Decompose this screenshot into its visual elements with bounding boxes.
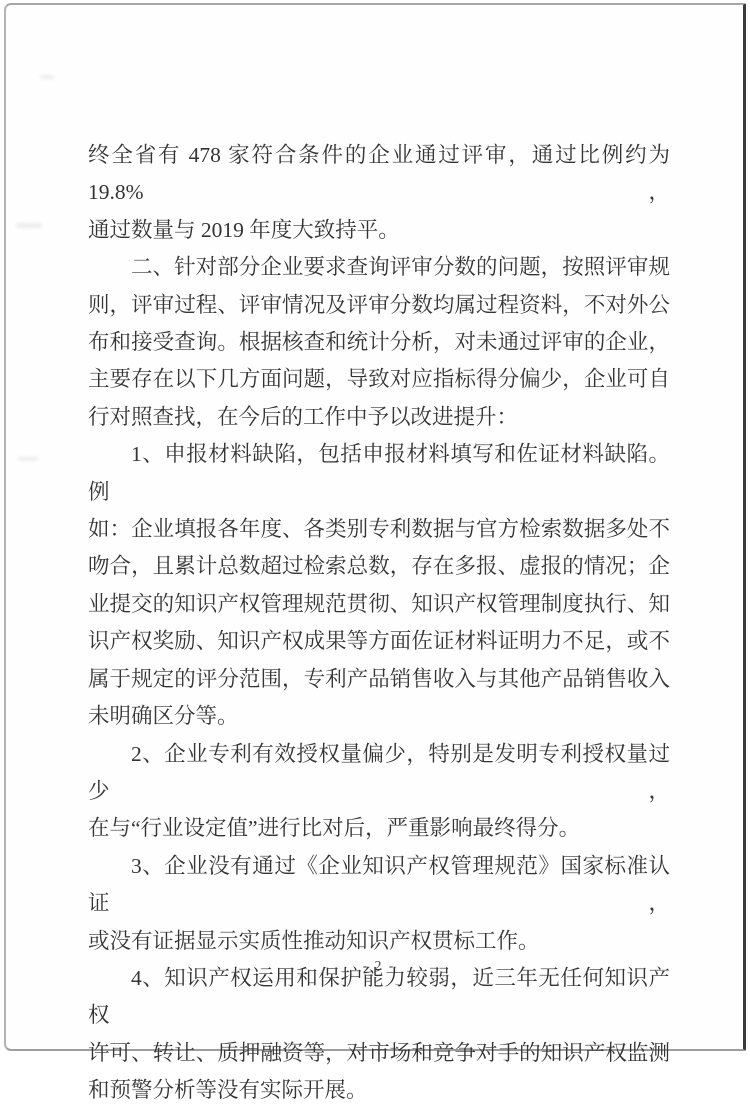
text-line: 行对照查找，在今后的工作中予以改进提升：: [88, 399, 670, 436]
text-line: 布和接受查询。根据核查和统计分析，对未通过评审的企业，: [88, 324, 670, 361]
text-line: 业提交的知识产权管理规范贯彻、知识产权管理制度执行、知: [88, 586, 670, 623]
text-line: 吻合，且累计总数超过检索总数，存在多报、虚报的情况；企: [88, 548, 670, 585]
text-line: 如：企业填报各年度、各类别专利数据与官方检索数据多处不: [88, 511, 670, 548]
page-number: - 2 -: [88, 958, 670, 974]
text-line: 2、企业专利有效授权量偏少，特别是发明专利授权量过少，: [88, 736, 670, 811]
text-line: 通过数量与 2019 年度大致持平。: [88, 212, 670, 249]
scan-smudge: [40, 75, 54, 79]
text-line: 未明确区分等。: [88, 698, 670, 735]
text-line: 或没有证据显示实质性推动知识产权贯标工作。: [88, 923, 670, 960]
document-body: 终全省有 478 家符合条件的企业通过评审，通过比例约为 19.8%， 通过数量…: [88, 137, 670, 1057]
text-line: 3、企业没有通过《企业知识产权管理规范》国家标准认证，: [88, 848, 670, 923]
text-line: 许可、转让、质押融资等，对市场和竞争对手的知识产权监测: [88, 1035, 670, 1057]
text-line: 1、申报材料缺陷，包括申报材料填写和佐证材料缺陷。例: [88, 436, 670, 511]
text-line: 主要存在以下几方面问题，导致对应指标得分偏少，企业可自: [88, 361, 670, 398]
scan-smudge: [18, 457, 38, 461]
text-line: 属于规定的评分范围，专利产品销售收入与其他产品销售收入: [88, 661, 670, 698]
scan-smudge: [16, 223, 42, 228]
text-line: 二、针对部分企业要求查询评审分数的问题，按照评审规: [88, 249, 670, 286]
text-line: 在与“行业设定值”进行比对后，严重影响最终得分。: [88, 810, 670, 847]
text-line: 识产权奖励、知识产权成果等方面佐证材料证明力不足，或不: [88, 623, 670, 660]
text-line: 终全省有 478 家符合条件的企业通过评审，通过比例约为 19.8%，: [88, 137, 670, 212]
text-line: 则，评审过程、评审情况及评审分数均属过程资料，不对外公: [88, 287, 670, 324]
